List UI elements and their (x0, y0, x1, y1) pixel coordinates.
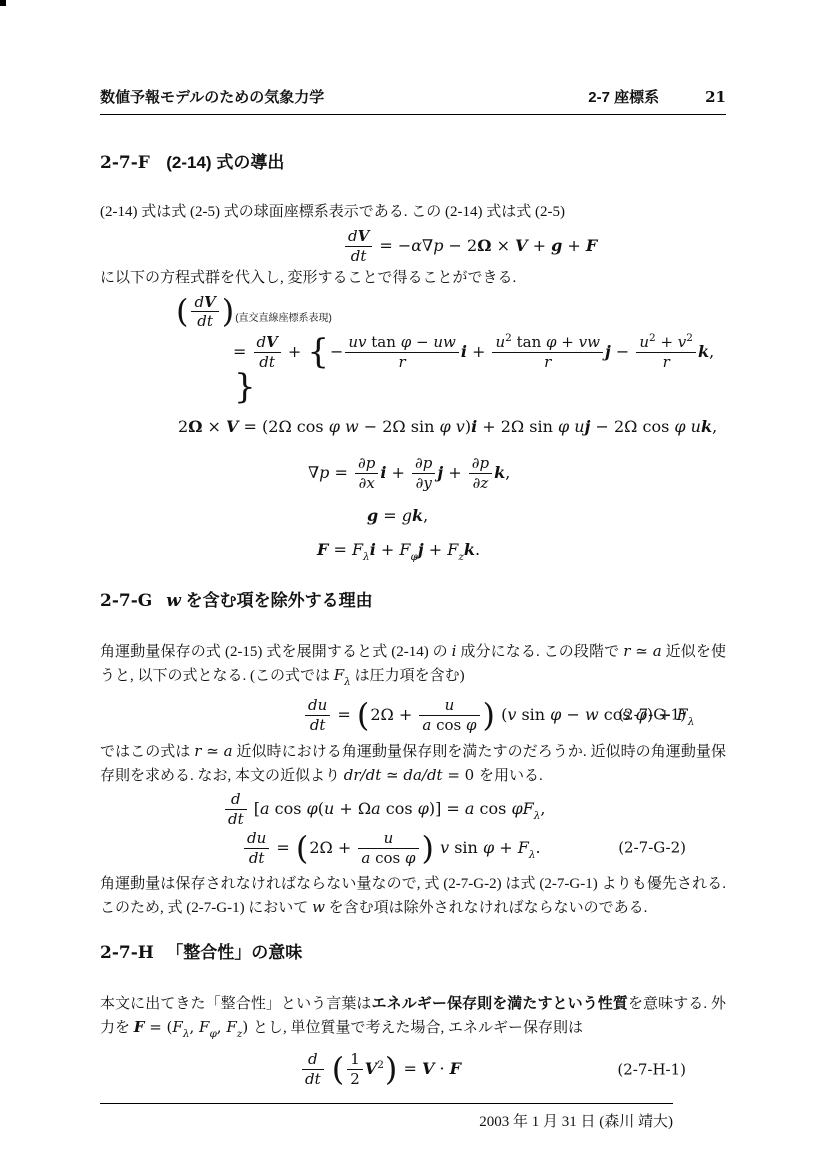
equation-label: (2-7-G-1) (618, 705, 686, 726)
section-heading-2-7-G: 2-7-G w を含む項を除外する理由 (100, 590, 726, 612)
equation-pressure-gradient: ∇p = ∂p∂xi + ∂p∂yj + ∂p∂zk, (308, 454, 726, 493)
equation-friction: F = Fλi + Fφj + Fzk. (317, 539, 726, 561)
paragraph: 角運動量は保存されなければならない量なので, 式 (2-7-G-2) は式 (2… (100, 873, 726, 920)
section-title: w を含む項を除外する理由 (166, 591, 372, 610)
page-header: 数値予報モデルのための気象力学 2-7 座標系 21 (100, 86, 726, 115)
equation-2-7-H-1: (2-7-H-1) ddt (12V2) = V · F (300, 1050, 726, 1089)
section-title: (2-14) 式の導出 (166, 153, 284, 172)
footer-date: 2003 年 1 月 31 日 (森川 靖大) (100, 1104, 673, 1131)
equation-2-5: dVdt = −α∇p − 2Ω × V + g + F (343, 227, 726, 266)
section-title: 「整合性」の意味 (166, 943, 302, 962)
section-heading-2-7-F: 2-7-F (2-14) 式の導出 (100, 152, 726, 174)
equation-angular-momentum: ddt [a cos φ(u + Ωa cos φ)] = a cos φFλ, (223, 790, 726, 829)
section-label: 2-7-F (100, 152, 162, 174)
header-right: 2-7 座標系 21 (588, 86, 726, 107)
page-content: 数値予報モデルのための気象力学 2-7 座標系 21 2-7-F (2-14) … (100, 0, 726, 1131)
corner-mark (0, 0, 6, 6)
equation-label: (2-7-G-2) (618, 838, 686, 859)
paragraph: ではこの式は r ≃ a 近似時における角運動量保存則を満たすのだろうか. 近似… (100, 740, 726, 788)
header-page-number: 21 (705, 88, 726, 106)
equation-cartesian-line2: = dVdt + {−uv tan φ − uwri + u2 tan φ + … (233, 333, 726, 402)
equation-gravity: g = gk, (367, 505, 726, 527)
paragraph: 本文に出てきた「整合性」という言葉はエネルギー保存則を満たすという性質を意味する… (100, 992, 726, 1040)
section-heading-2-7-H: 2-7-H 「整合性」の意味 (100, 942, 726, 964)
page-footer: 2003 年 1 月 31 日 (森川 靖大) (100, 1103, 673, 1131)
document-page: 数値予報モデルのための気象力学 2-7 座標系 21 2-7-F (2-14) … (0, 0, 826, 1169)
paragraph: (2-14) 式は式 (2-5) 式の球面座標系表示である. この (2-14)… (100, 201, 726, 224)
section-label: 2-7-G (100, 590, 162, 612)
header-section-title: 2-7 座標系 (588, 86, 659, 107)
equation-cartesian-line1: (dVdt)(直交直線座標系表現) (175, 293, 726, 332)
equation-2-7-G-1: (2-7-G-1) dudt = (2Ω + ua cos φ) (v sin … (303, 696, 726, 735)
section-label: 2-7-H (100, 942, 162, 964)
equation-2-7-G-2: (2-7-G-2) dudt = (2Ω + ua cos φ) v sin φ… (242, 829, 726, 868)
equation-coriolis: 2Ω × V = (2Ω cos φ w − 2Ω sin φ v)i + 2Ω… (178, 416, 726, 438)
paragraph: に以下の方程式群を代入し, 変形することで得ることができる. (100, 267, 726, 290)
header-document-title: 数値予報モデルのための気象力学 (100, 86, 324, 107)
paragraph: 角運動量保存の式 (2-15) 式を展開すると式 (2-14) の i 成分にな… (100, 640, 726, 688)
equation-label: (2-7-H-1) (617, 1059, 686, 1080)
